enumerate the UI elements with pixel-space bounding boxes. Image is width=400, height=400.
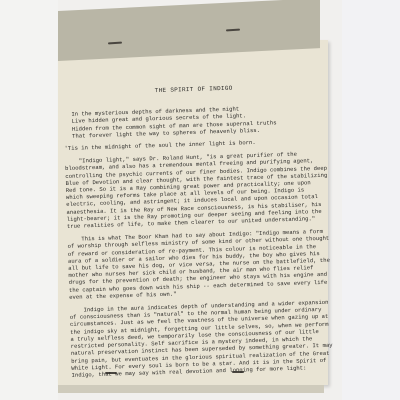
document-title: THE SPIRIT OF INDIGO bbox=[63, 82, 325, 97]
background-left bbox=[0, 0, 58, 400]
paragraph: This is what The Boor Khan had to say ab… bbox=[67, 228, 331, 301]
intro-line: 'Tis in the midnight of the soul the inn… bbox=[64, 137, 326, 152]
paragraph: Indigo in the aura indicates depth of un… bbox=[69, 299, 333, 379]
background-right bbox=[342, 0, 400, 400]
document-text: THE SPIRIT OF INDIGO In the mysterious d… bbox=[62, 62, 334, 385]
paragraph: "Indigo light," says Dr. Roland Hunt, "i… bbox=[65, 150, 329, 230]
poem: In the mysterious depths of darkness and… bbox=[63, 103, 326, 140]
page-stack-edge bbox=[58, 385, 324, 393]
